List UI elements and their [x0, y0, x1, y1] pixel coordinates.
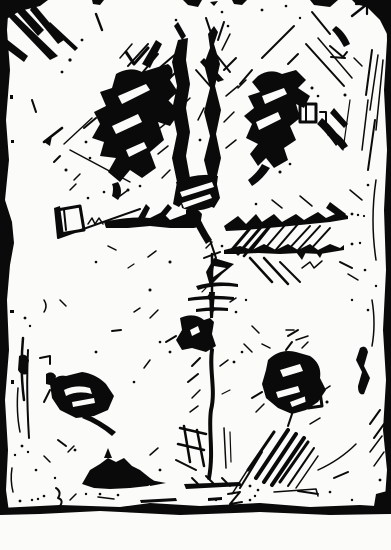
- paper-background: [0, 0, 391, 550]
- etching-canvas: [0, 0, 391, 550]
- etching-artwork: [0, 0, 391, 550]
